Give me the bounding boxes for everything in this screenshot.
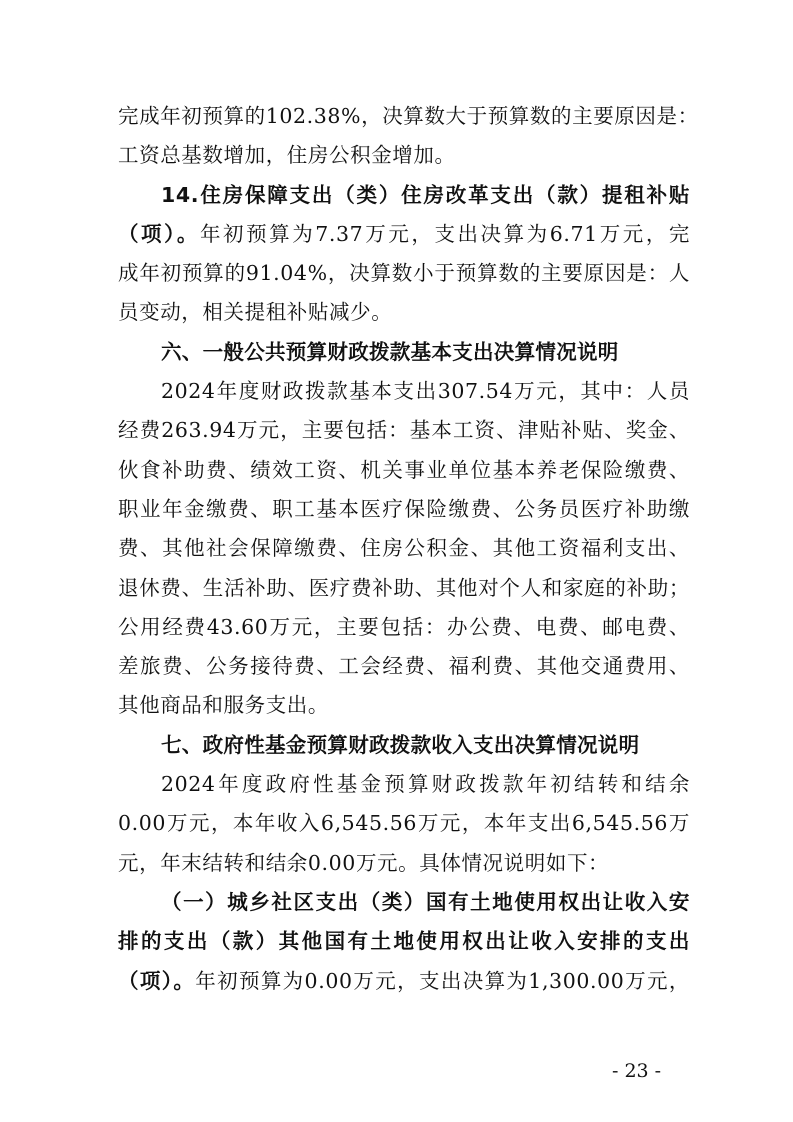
paragraph-line: 经费263.94万元，主要包括：基本工资、津贴补贴、奖金、 xyxy=(118,411,690,450)
paragraph-line: 完成年初预算的102.38%，决算数大于预算数的主要原因是： xyxy=(118,97,690,136)
subsection-title-1-cont: 排的支出（款）其他国有土地使用权出让收入安排的支出 xyxy=(118,922,690,961)
paragraph-line: 其他商品和服务支出。 xyxy=(118,686,690,725)
page-number: - 23 - xyxy=(612,1060,661,1082)
subsection-title-1: （一）城乡社区支出（类）国有土地使用权出让收入安 xyxy=(118,883,690,922)
item-14-title: 14.住房保障支出（类）住房改革支出（款）提租补贴 xyxy=(118,176,690,215)
item-label: （项）。 xyxy=(118,969,195,993)
paragraph-line: 工资总基数增加，住房公积金增加。 xyxy=(118,136,690,175)
paragraph-line: 退休费、生活补助、医疗费补助、其他对个人和家庭的补助； xyxy=(118,569,690,608)
section-heading-6: 六、一般公共预算财政拨款基本支出决算情况说明 xyxy=(118,333,690,372)
paragraph-line: 0.00万元，本年收入6,545.56万元，本年支出6,545.56万 xyxy=(118,804,690,843)
paragraph-line: 伙食补助费、绩效工资、机关事业单位基本养老保险缴费、 xyxy=(118,451,690,490)
paragraph-line: 2024年度财政拨款基本支出307.54万元，其中：人员 xyxy=(118,372,690,411)
paragraph-line: 2024年度政府性基金预算财政拨款年初结转和结余 xyxy=(118,765,690,804)
section-heading-7: 七、政府性基金预算财政拨款收入支出决算情况说明 xyxy=(118,726,690,765)
paragraph-line: （项）。年初预算为7.37万元，支出决算为6.71万元，完 xyxy=(118,215,690,254)
paragraph-line: 差旅费、公务接待费、工会经费、福利费、其他交通费用、 xyxy=(118,647,690,686)
line-text: 年初预算为0.00万元，支出决算为1,300.00万元， xyxy=(195,969,690,993)
paragraph-line: 成年初预算的91.04%，决算数小于预算数的主要原因是：人 xyxy=(118,254,690,293)
paragraph-line: 员变动，相关提租补贴减少。 xyxy=(118,293,690,332)
line-text: 年初预算为7.37万元，支出决算为6.71万元，完 xyxy=(200,222,690,246)
paragraph-line: 费、其他社会保障缴费、住房公积金、其他工资福利支出、 xyxy=(118,529,690,568)
document-page: 完成年初预算的102.38%，决算数大于预算数的主要原因是： 工资总基数增加，住… xyxy=(0,0,793,1122)
paragraph-line: 公用经费43.60万元，主要包括：办公费、电费、邮电费、 xyxy=(118,608,690,647)
body-text: 完成年初预算的102.38%，决算数大于预算数的主要原因是： 工资总基数增加，住… xyxy=(118,97,690,1001)
paragraph-line: 职业年金缴费、职工基本医疗保险缴费、公务员医疗补助缴 xyxy=(118,490,690,529)
paragraph-line: 元，年末结转和结余0.00万元。具体情况说明如下： xyxy=(118,844,690,883)
item-label: （项）。 xyxy=(118,222,200,246)
paragraph-line: （项）。年初预算为0.00万元，支出决算为1,300.00万元， xyxy=(118,962,690,1001)
